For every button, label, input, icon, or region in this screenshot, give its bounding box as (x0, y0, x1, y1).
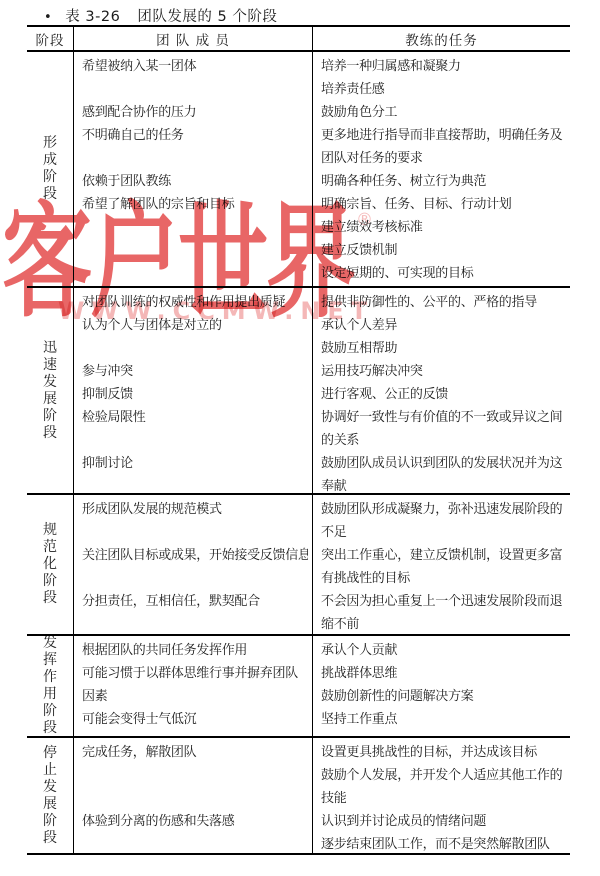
members-cell: 根据团队的共同任务发挥作用可能习惯于以群体思维行事并摒弃团队因素可能会变得士气低… (74, 636, 313, 736)
members-cell: 希望被纳入某一团体 感到配合协作的压力不明确自己的任务 依赖于团队教练希望了解团… (74, 52, 313, 286)
cell-line: 可能会变得士气低沉 (82, 708, 308, 731)
cell-line (82, 429, 308, 452)
stage-name-cell: 迅速发展阶段 (27, 288, 74, 493)
table-row-storming-stage: 迅速发展阶段 对团队训练的权威性和作用提出质疑认为个人与团体是对立的 参与冲突抑… (27, 288, 570, 495)
cell-line: 协调好一致性与有价值的不一致或异议之间 (321, 406, 566, 429)
cell-line: 不会因为担心重复上一个迅速发展阶段而退 (321, 590, 566, 613)
cell-line: 有挑战性的目标 (321, 567, 566, 590)
cell-line: 设置更具挑战性的目标，并达成该目标 (321, 741, 566, 764)
cell-line: 检验局限性 (82, 406, 308, 429)
cell-line: 培养责任感 (321, 78, 566, 101)
coach-cell: 设置更具挑战性的目标，并达成该目标鼓励个人发展，并开发个人适应其他工作的技能认识… (313, 738, 570, 853)
cell-line (82, 764, 308, 787)
cell-line (82, 567, 308, 590)
cell-line: 关注团队目标或成果，开始接受反馈信息 (82, 544, 308, 567)
stage-name: 规范化阶段 (42, 522, 58, 607)
cell-line: 认为个人与团体是对立的 (82, 314, 308, 337)
cell-line: 建立反馈机制 (321, 239, 566, 262)
cell-line: 不明确自己的任务 (82, 124, 308, 147)
cell-line: 根据团队的共同任务发挥作用 (82, 639, 308, 662)
stage-name: 形成阶段 (42, 135, 58, 203)
cell-line (82, 833, 308, 853)
cell-line: 团队对任务的要求 (321, 147, 566, 170)
cell-line: 培养一种归属感和凝聚力 (321, 55, 566, 78)
stage-name: 发挥作用阶段 (42, 636, 58, 736)
cell-line: 因素 (82, 685, 308, 708)
stage-name: 迅速发展阶段 (42, 340, 58, 442)
cell-line: 形成团队发展的规范模式 (82, 498, 308, 521)
cell-line: 分担责任，互相信任，默契配合 (82, 590, 308, 613)
cell-line: 鼓励创新性的问题解决方案 (321, 685, 566, 708)
cell-line (82, 475, 308, 493)
cell-line: 可能习惯于以群体思维行事并摒弃团队 (82, 662, 308, 685)
cell-line: 参与冲突 (82, 360, 308, 383)
cell-line: 承认个人贡献 (321, 639, 566, 662)
cell-line: 希望被纳入某一团体 (82, 55, 308, 78)
cell-line: 提供非防御性的、公平的、严格的指导 (321, 291, 566, 314)
cell-line (82, 337, 308, 360)
bullet-icon: • (44, 10, 52, 25)
cell-line (82, 147, 308, 170)
coach-cell: 鼓励团队形成凝聚力，弥补迅速发展阶段的不足突出工作重心，建立反馈机制，设置更多富… (313, 495, 570, 634)
cell-line: 技能 (321, 787, 566, 810)
cell-line: 承认个人差异 (321, 314, 566, 337)
cell-line: 鼓励角色分工 (321, 101, 566, 124)
coach-cell: 承认个人贡献挑战群体思维鼓励创新性的问题解决方案坚持工作重点 (313, 636, 570, 736)
coach-cell: 提供非防御性的、公平的、严格的指导承认个人差异鼓励互相帮助运用技巧解决冲突进行客… (313, 288, 570, 493)
cell-line: 明确各种任务、树立行为典范 (321, 170, 566, 193)
header-stage: 阶段 (27, 27, 74, 50)
document-page: • 表 3-26 团队发展的 5 个阶段 阶段 团 队 成 员 教练的任务 形成… (0, 0, 600, 876)
cell-line: 缩不前 (321, 613, 566, 634)
cell-line: 建立绩效考核标准 (321, 216, 566, 239)
cell-line: 希望了解团队的宗旨和目标 (82, 193, 308, 216)
cell-line: 鼓励团队形成凝聚力，弥补迅速发展阶段的 (321, 498, 566, 521)
cell-line: 明确宗旨、任务、目标、行动计划 (321, 193, 566, 216)
header-members: 团 队 成 员 (74, 27, 313, 50)
header-coach: 教练的任务 (313, 27, 570, 50)
members-cell: 形成团队发展的规范模式 关注团队目标或成果，开始接受反馈信息 分担责任，互相信任… (74, 495, 313, 634)
caption-title: 团队发展的 5 个阶段 (137, 9, 277, 25)
cell-line (82, 78, 308, 101)
cell-line: 的关系 (321, 429, 566, 452)
cell-line (82, 239, 308, 262)
cell-line (82, 613, 308, 634)
cell-line: 挑战群体思维 (321, 662, 566, 685)
cell-line: 设定短期的、可实现的目标 (321, 262, 566, 285)
cell-line: 运用技巧解决冲突 (321, 360, 566, 383)
cell-line: 奉献 (321, 475, 566, 493)
cell-line: 对团队训练的权威性和作用提出质疑 (82, 291, 308, 314)
members-cell: 完成任务，解散团队 体验到分离的伤感和失落感 (74, 738, 313, 853)
table-row-adjourning-stage: 停止发展阶段 完成任务，解散团队 体验到分离的伤感和失落感 设置更具挑战性的目标… (27, 738, 570, 855)
cell-line: 体验到分离的伤感和失落感 (82, 810, 308, 833)
table-row-forming-stage: 形成阶段 希望被纳入某一团体 感到配合协作的压力不明确自己的任务 依赖于团队教练… (27, 52, 570, 288)
cell-line: 不足 (321, 521, 566, 544)
cell-line: 抑制讨论 (82, 452, 308, 475)
coach-cell: 培养一种归属感和凝聚力培养责任感鼓励角色分工更多地进行指导而非直接帮助，明确任务… (313, 52, 570, 286)
cell-line: 认识到并讨论成员的情绪问题 (321, 810, 566, 833)
cell-line (82, 521, 308, 544)
caption-label: 表 3-26 (65, 9, 120, 25)
cell-line (82, 216, 308, 239)
cell-line: 抑制反馈 (82, 383, 308, 406)
cell-line (82, 787, 308, 810)
table-header-row: 阶段 团 队 成 员 教练的任务 (27, 27, 570, 52)
team-stages-table: 阶段 团 队 成 员 教练的任务 形成阶段 希望被纳入某一团体 感到配合协作的压… (27, 25, 570, 855)
cell-line: 完成任务，解散团队 (82, 741, 308, 764)
stage-name-cell: 规范化阶段 (27, 495, 74, 634)
cell-line: 更多地进行指导而非直接帮助，明确任务及 (321, 124, 566, 147)
table-caption: • 表 3-26 团队发展的 5 个阶段 (44, 5, 277, 26)
cell-line: 突出工作重心，建立反馈机制，设置更多富 (321, 544, 566, 567)
cell-line: 鼓励个人发展，并开发个人适应其他工作的 (321, 764, 566, 787)
cell-line: 鼓励团队成员认识到团队的发展状况并为这 (321, 452, 566, 475)
stage-name: 停止发展阶段 (42, 745, 58, 847)
cell-line: 进行客观、公正的反馈 (321, 383, 566, 406)
stage-name-cell: 形成阶段 (27, 52, 74, 286)
cell-line: 鼓励互相帮助 (321, 337, 566, 360)
cell-line: 逐步结束团队工作，而不是突然解散团队 (321, 833, 566, 853)
cell-line: 感到配合协作的压力 (82, 101, 308, 124)
table-row-norming-stage: 规范化阶段 形成团队发展的规范模式 关注团队目标或成果，开始接受反馈信息 分担责… (27, 495, 570, 636)
cell-line: 坚持工作重点 (321, 708, 566, 731)
stage-name-cell: 发挥作用阶段 (27, 636, 74, 736)
stage-name-cell: 停止发展阶段 (27, 738, 74, 853)
table-row-performing-stage: 发挥作用阶段 根据团队的共同任务发挥作用可能习惯于以群体思维行事并摒弃团队因素可… (27, 636, 570, 738)
cell-line: 依赖于团队教练 (82, 170, 308, 193)
members-cell: 对团队训练的权威性和作用提出质疑认为个人与团体是对立的 参与冲突抑制反馈检验局限… (74, 288, 313, 493)
cell-line (82, 262, 308, 285)
